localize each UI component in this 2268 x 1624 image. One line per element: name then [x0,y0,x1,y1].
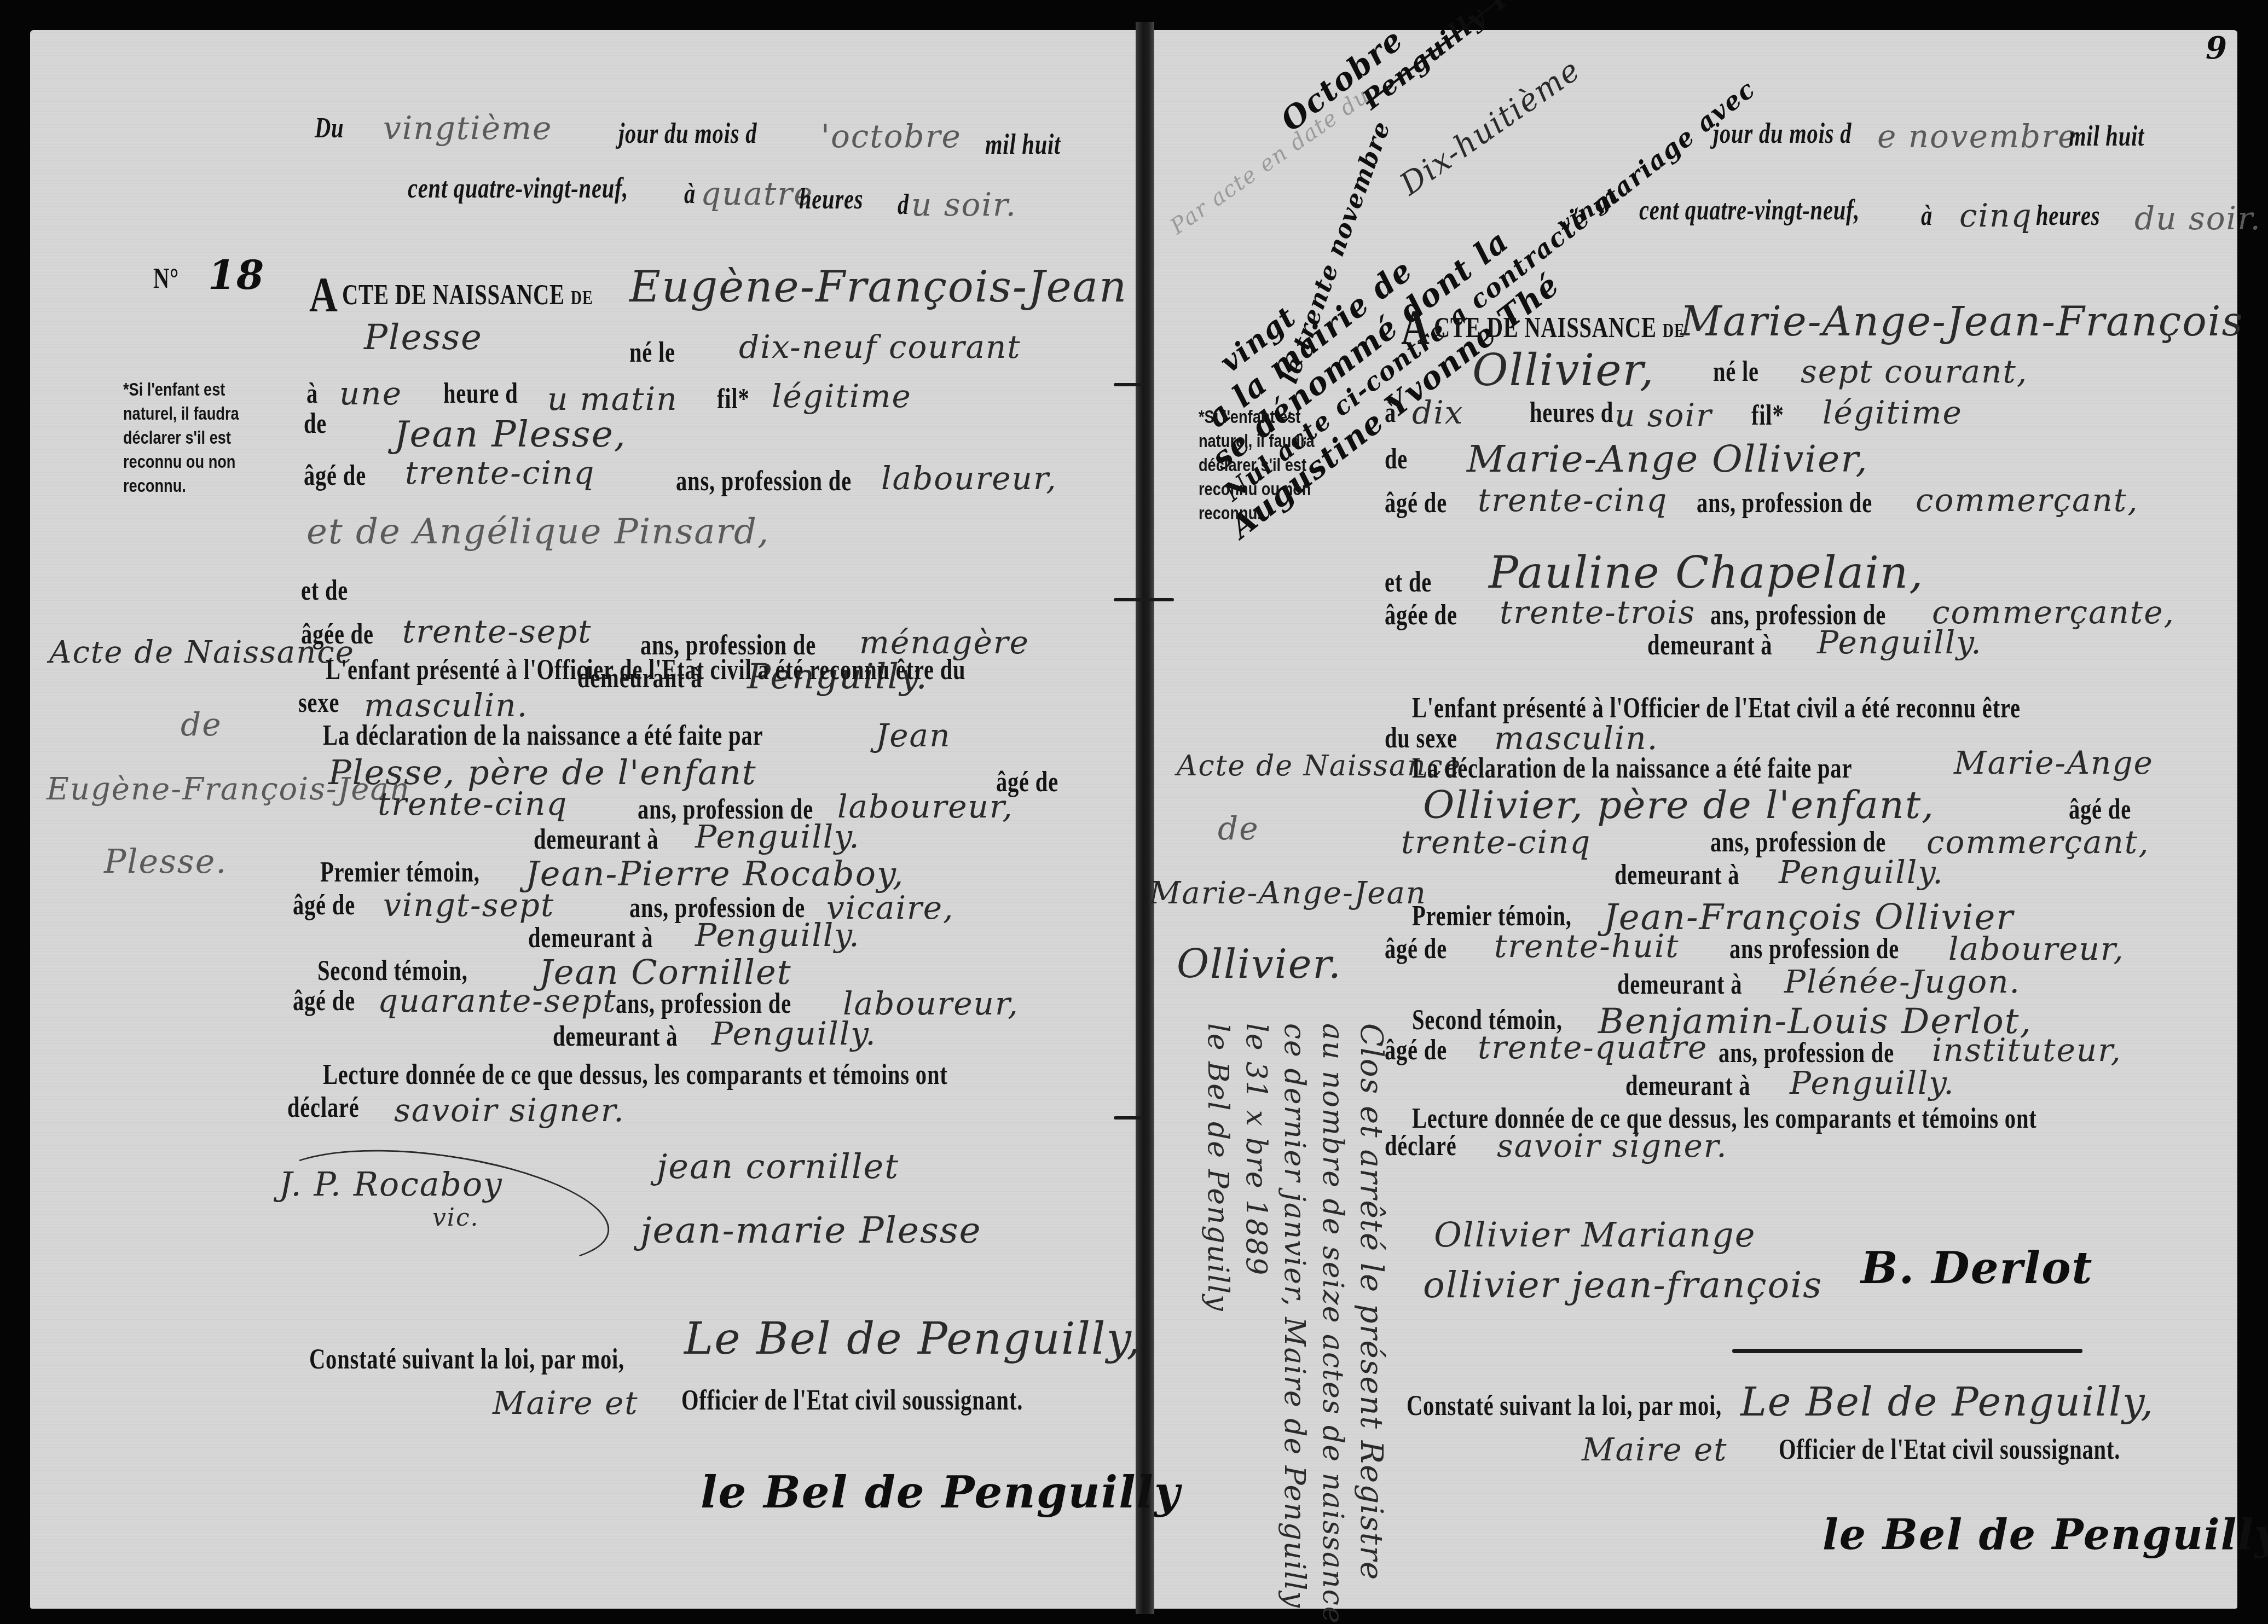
closing-note: Clos et arrêté le présent Registre au no… [1199,1023,1390,1624]
date-hour-hand: cinq [1959,197,2033,234]
declare-hand: savoir signer. [394,1092,625,1129]
declaration-text: La déclaration de la naissance a été fai… [1412,752,1852,785]
witness2-residence-hand: Penguilly. [711,1015,877,1052]
declarant-age-hand: trente-cinq [1401,823,1591,861]
margin-note-line4: Ollivier. [1177,941,1342,987]
date-day-hand: vingtième [383,109,552,147]
margin-note-line3: Marie-Ange-Jean [1149,875,1427,911]
declarant-first-hand: Marie-Ange [1954,744,2154,781]
record-number-label: N° [153,263,179,295]
age-de: âgé de [304,460,366,492]
child-surname-hand: Plesse [364,317,483,358]
witness1-residence-hand: Plénée-Jugon. [1784,963,2021,1000]
witness2-age-hand: trente-quatre [1478,1029,1708,1066]
a-line: à [1385,397,1396,429]
fils-label: fil* [717,383,749,415]
date-heures: heures [2036,200,2100,232]
age-de-w2: âgé de [293,985,355,1017]
father-age-hand: trente-cinq [405,454,595,491]
age-de-w2: âgé de [1385,1034,1447,1066]
signature-derlot: B. Derlot [1861,1242,2093,1294]
ne-le: né le [1713,356,1759,388]
date-year: cent quatre-vingt-neuf, [408,172,628,205]
book-gutter [1136,22,1154,1614]
father-name-hand: Jean Plesse, [394,413,627,455]
signature-ollivier-mariange: Ollivier Mariange [1434,1215,1756,1255]
declarant-hand: Ollivier, père de l'enfant, [1423,782,1935,827]
binding-stitch [1114,1116,1147,1120]
witness1-name-hand: Jean-Pierre Rocaboy, [525,854,905,894]
mother-line-hand: et de Angélique Pinsard, [306,512,769,552]
officer-signature: le Bel de Penguilly [701,1466,1181,1518]
demeurant-w2: demeurant à [553,1020,678,1053]
declarant-profession-hand: commerçant, [1926,823,2150,861]
acte-title-initial: A [309,265,338,323]
age-de-w1: âgé de [293,889,355,921]
date-month-hand: e novembre [1877,118,2078,155]
record-number-hand: 18 [208,252,265,298]
date-period-hand: du soir. [2134,200,2261,237]
date-period-hand: u soir. [911,186,1017,223]
mother-age-hand: trente-sept [402,613,592,650]
birth-day-hand: sept courant, [1801,353,2028,390]
date-mil-huit: mil huit [985,129,1061,161]
mother-age-hand: trente-trois [1500,594,1696,631]
legitimacy-hand: légitime [772,378,912,415]
enfant-presente: L'enfant présenté à l'Officier de l'Etat… [326,654,965,686]
date-d: d [898,189,909,221]
age-de-w1: âgé de [1385,933,1447,965]
date-year: cent quatre-vingt-neuf, [1639,194,1860,227]
ne-le: né le [629,337,675,369]
a-line: à [306,378,318,410]
declaration-text: La déclaration de la naissance a été fai… [323,720,763,752]
date-heures: heures [799,183,863,216]
declarant-residence-hand: Penguilly. [1779,854,1944,891]
date-a: à [1921,200,1933,232]
acte-title-initial: A [1401,298,1430,356]
officier-text: Officier de l'Etat civil soussignant. [1779,1434,2120,1466]
de-label: de [1385,443,1408,475]
margin-note-line1: Acte de Naissance [49,635,355,670]
date-hour-hand: quatre [701,175,813,212]
father-name-hand: Marie-Ange Ollivier, [1467,438,1868,481]
margin-note-line2: de [1218,810,1259,847]
birth-hour-hand: dix [1412,394,1463,431]
officer-signature: le Bel de Penguilly [1822,1510,2268,1559]
signature-underline [1732,1349,2082,1353]
witness1-profession-hand: laboureur, [1948,930,2125,967]
sex-hand: masculin. [1494,720,1658,757]
closing-note-line: le 31 x bre 1889 [1237,1023,1275,1624]
date-jour-du-mois: jour du mois d [1713,118,1852,150]
signature-ollivier-jean-francois: ollivier jean-françois [1423,1264,1822,1306]
binding-stitch [1114,383,1147,386]
ans-profession-w1: ans profession de [1729,933,1899,965]
declarant-age-hand: trente-cinq [378,785,568,822]
de-label: de [304,408,327,440]
margin-note-line2: de [181,706,222,743]
demeurant-w2: demeurant à [1625,1070,1750,1102]
declarant-profession-hand: laboureur, [837,788,1014,825]
constate-text: Constaté suivant la loi, par moi, [1407,1390,1722,1422]
birth-hour-hand: une [339,375,402,412]
et-de: et de [1385,566,1432,599]
side-note-naturel: *Si l'enfant est naturel, il faudra décl… [123,378,250,498]
signature-cornillet: jean cornillet [657,1146,899,1186]
page-number: 9 [2206,30,2228,66]
closing-note-line: au nombre de seize actes de naissance [1314,1023,1352,1624]
age-de-decl: âgé de [2069,793,2131,826]
officer-hand: Le Bel de Penguilly, [684,1313,1142,1364]
et-de: et de [301,575,348,607]
signature-plesse: jean-marie Plesse [640,1209,982,1251]
declarant-residence-hand: Penguilly. [695,818,860,855]
demeurant-decl: demeurant à [534,823,658,856]
officier-text: Officier de l'Etat civil soussignant. [681,1384,1023,1417]
birth-day-hand: dix-neuf courant [739,328,1021,366]
witness2-age-hand: quarante-sept [378,982,616,1019]
child-surname-hand: Ollivier, [1472,345,1654,396]
sex-hand: masculin. [364,687,528,724]
child-name-hand: Eugène-François-Jean [629,263,1127,312]
demeurant-w1: demeurant à [528,922,653,954]
father-age-hand: trente-cinq [1478,482,1668,519]
mother-name-hand: Pauline Chapelain, [1489,547,1924,598]
closing-note-line: le Bel de Penguilly [1199,1023,1237,1624]
maire-hand: Maire et [1582,1431,1728,1468]
declare-label: déclaré [287,1092,360,1124]
closing-note-line: ce dernier janvier, Maire de Penguilly [1275,1023,1314,1624]
witness1-age-hand: trente-huit [1494,927,1680,965]
legitimacy-hand: légitime [1822,394,1963,431]
ans-profession: ans, profession de [676,465,852,497]
birth-period-hand: u soir [1615,397,1712,434]
birth-period-hand: u matin [547,380,678,417]
heures-d: heures d [1530,397,1613,429]
residence-hand: Penguilly. [1817,624,1982,661]
demeurant-decl: demeurant à [1615,859,1739,891]
constate-text: Constaté suivant la loi, par moi, [309,1343,624,1376]
declare-hand: savoir signer. [1497,1127,1728,1164]
date-mil-huit: mil huit [2069,120,2144,153]
witness2-profession-hand: instituteur, [1932,1031,2122,1069]
margin-note-line4: Plesse. [104,843,227,881]
age-de: âgé de [1385,487,1447,519]
acte-title: CTE DE NAISSANCE de [1434,312,1685,344]
witness1-residence-hand: Penguilly. [695,917,860,954]
father-profession-hand: laboureur, [881,460,1057,497]
ans-profession: ans, profession de [1697,487,1872,519]
date-jour-du-mois: jour du mois d [618,118,757,150]
declare-label: déclaré [1385,1130,1457,1162]
demeurant-w1: demeurant à [1617,968,1742,1001]
date-month-hand: 'octobre [821,118,962,155]
date-du: Du [315,112,344,144]
officer-hand: Le Bel de Penguilly, [1740,1379,2154,1425]
witness1-age-hand: vingt-sept [383,886,554,924]
premier-temoin: Premier témoin, [320,856,480,889]
agee-de: âgée de [1385,599,1457,631]
binding-stitch [1114,598,1174,601]
acte-title: CTE DE NAISSANCE de [342,279,593,311]
declarant-first-hand: Jean [876,717,951,754]
father-profession-hand: commerçant, [1916,482,2139,519]
demeurant-a: demeurant à [1647,629,1772,662]
witness2-residence-hand: Penguilly. [1790,1064,1955,1101]
heure-d: heure d [443,378,518,410]
closing-note-line: Clos et arrêté le présent Registre [1352,1023,1390,1624]
fils-label: fil* [1751,399,1784,432]
child-name-hand: Marie-Ange-Jean-François [1680,298,2243,345]
maire-hand: Maire et [493,1384,639,1422]
side-note-naturel: *Si l'enfant est naturel, il faudra décl… [1199,405,1321,525]
lecture-text: Lecture donnée de ce que dessus, les com… [323,1059,948,1091]
date-a: à [684,178,696,210]
sexe-label: sexe [298,687,339,719]
